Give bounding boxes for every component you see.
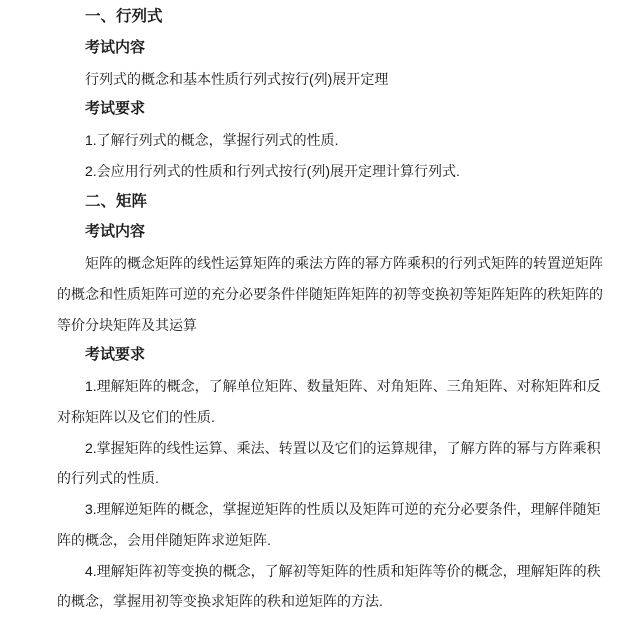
- requirement-item: 3.理解逆矩阵的概念，掌握逆矩阵的性质以及矩阵可逆的充分必要条件，理解伴随矩阵的…: [57, 494, 610, 556]
- section-matrices: 二、矩阵 考试内容 矩阵的概念矩阵的线性运算矩阵的乘法方阵的幂方阵乘积的行列式矩…: [57, 187, 610, 618]
- requirement-item: 4.理解矩阵初等变换的概念，了解初等矩阵的性质和矩阵等价的概念，理解矩阵的秩的概…: [57, 556, 610, 618]
- document-page: 一、行列式 考试内容 行列式的概念和基本性质行列式按行(列)展开定理 考试要求 …: [0, 0, 644, 619]
- section-heading-determinants: 一、行列式: [57, 2, 610, 33]
- exam-content-text: 行列式的概念和基本性质行列式按行(列)展开定理: [57, 64, 610, 95]
- requirement-item: 2.掌握矩阵的线性运算、乘法、转置以及它们的运算规律，了解方阵的幂与方阵乘积的行…: [57, 433, 610, 495]
- requirement-item: 1.了解行列式的概念，掌握行列式的性质.: [57, 125, 610, 156]
- exam-content-label: 考试内容: [57, 33, 610, 64]
- exam-content-label: 考试内容: [57, 217, 610, 248]
- section-determinants: 一、行列式 考试内容 行列式的概念和基本性质行列式按行(列)展开定理 考试要求 …: [57, 2, 610, 187]
- exam-requirements-label: 考试要求: [57, 340, 610, 371]
- exam-content-text: 矩阵的概念矩阵的线性运算矩阵的乘法方阵的幂方阵乘积的行列式矩阵的转置逆矩阵的概念…: [57, 248, 610, 340]
- requirement-item: 2.会应用行列式的性质和行列式按行(列)展开定理计算行列式.: [57, 156, 610, 187]
- section-heading-matrices: 二、矩阵: [57, 187, 610, 218]
- exam-requirements-label: 考试要求: [57, 94, 610, 125]
- requirement-item: 1.理解矩阵的概念，了解单位矩阵、数量矩阵、对角矩阵、三角矩阵、对称矩阵和反对称…: [57, 371, 610, 433]
